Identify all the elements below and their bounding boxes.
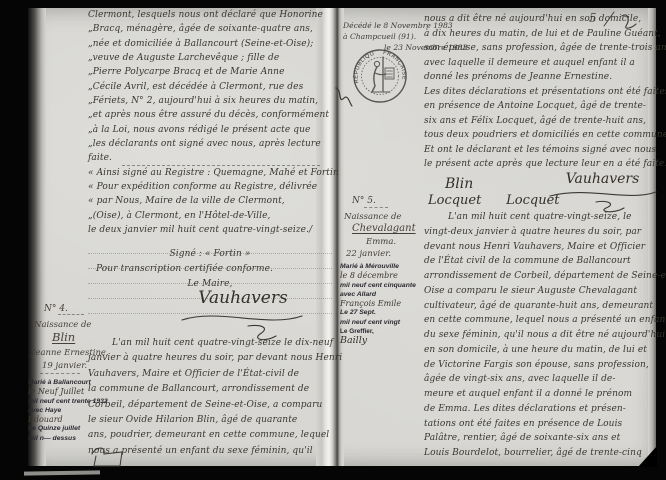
right-page: Décédé le 8 Novembre 1983 à Champcueil (… — [0, 0, 666, 480]
text-line: cultivateur, âgé de quarante-huit ans, d… — [424, 299, 662, 314]
later-death-note-line2: à Champcueil (91). — [343, 31, 416, 42]
text-line: six ans et Félix Locquet, âgé de trente-… — [424, 114, 658, 129]
official-signature: Vauhavers — [545, 171, 660, 187]
text-line: son épouse, sans profession, âgée de tre… — [424, 41, 658, 56]
text-line: tations ont été faites en présence de Lo… — [424, 417, 662, 432]
text-line: de l'État civil de la commune de Ballanc… — [424, 254, 662, 269]
ruling-line — [364, 207, 388, 208]
text-line: vingt-deux janvier à quatre heures du so… — [424, 225, 662, 240]
text-line: Oise a comparu le sieur Auguste Chevalag… — [424, 284, 662, 299]
marianne-figure — [372, 57, 394, 92]
text-line: L'an mil huit cent quatre-vingt-seize, l… — [424, 210, 662, 225]
svg-text:RÉPUBLIQUE: RÉPUBLIQUE — [350, 43, 375, 84]
text-line: en son domicile, à une heure du matin, d… — [424, 343, 662, 358]
witness-signatures: Locquet Locquet — [428, 193, 560, 209]
text-line: en présence de Antoine Locquet, âgé de t… — [424, 99, 658, 114]
text-line: de Emma. Les dites déclarations et prése… — [424, 402, 662, 417]
text-line: Louis Bourdelot, bourrelier, âgé de tren… — [424, 446, 662, 461]
text-line: Le 27 Sept. — [340, 308, 422, 317]
act-date: 22 janvier. — [346, 249, 391, 259]
text-line: Bailly — [340, 336, 422, 346]
text-line: mil neuf cent vingt — [340, 318, 422, 327]
register-scan: Clermont, lesquels nous ont déclaré que … — [0, 0, 666, 480]
birth-act-chevalagant-text: L'an mil huit cent quatre-vingt-seize, l… — [424, 210, 662, 461]
act-given-names: Emma. — [366, 237, 396, 247]
act-surname: Chevalagant — [352, 224, 416, 234]
text-line: à dix heures du matin, de lui et de Paul… — [424, 27, 658, 42]
text-line: devant nous Henri Vauhavers, Maire et Of… — [424, 240, 662, 255]
text-line: nous a dit être né aujourd'hui en son do… — [424, 12, 658, 27]
text-line: Palâtre, rentier, âgé de soixante-six an… — [424, 431, 662, 446]
text-line: François Emile — [340, 299, 422, 308]
marriage-margin-stamp: Marié à Mérouvillele 8 décembremil neuf … — [340, 262, 422, 346]
text-line: de Victorine Fargis son épouse, sans pro… — [424, 358, 662, 373]
text-line: avec Allard — [340, 290, 422, 299]
signature-flourish — [548, 190, 660, 210]
text-line: Et ont le déclarant et les témoins signé… — [424, 143, 658, 158]
act-number: N° 5. — [352, 196, 376, 206]
republique-francaise-stamp: RÉPUBLIQUE FRANÇAISE — [352, 47, 408, 105]
text-line: le présent acte après que lecture leur e… — [424, 157, 658, 172]
text-line: âgée de vingt-six ans, avec laquelle il … — [424, 372, 662, 387]
text-line: mil neuf cent cinquante — [340, 281, 422, 290]
text-line: du sexe féminin, qu'il nous a dit être n… — [424, 328, 662, 343]
text-line: Les dites déclarations et présentations … — [424, 85, 658, 100]
text-line: Marié à Mérouville — [340, 262, 422, 271]
paraph-mark — [332, 84, 354, 108]
text-line: arrondissement de Corbeil, département d… — [424, 269, 662, 284]
text-line: meure et auquel enfant il a donné le pré… — [424, 387, 662, 402]
text-line: donné les prénoms de Jeanne Ernestine. — [424, 70, 658, 85]
birth-act-blin-end-text: nous a dit être né aujourd'hui en son do… — [424, 12, 658, 172]
act-label: Naissance de — [344, 212, 401, 222]
text-line: tous deux poudriers et domiciliés en cet… — [424, 128, 658, 143]
text-line: avec laquelle il demeure et auquel enfan… — [424, 56, 658, 71]
text-line: le 8 décembre — [340, 271, 422, 280]
declarant-signature: Blin — [445, 176, 473, 192]
text-line: en cette commune, lequel nous a présenté… — [424, 313, 662, 328]
